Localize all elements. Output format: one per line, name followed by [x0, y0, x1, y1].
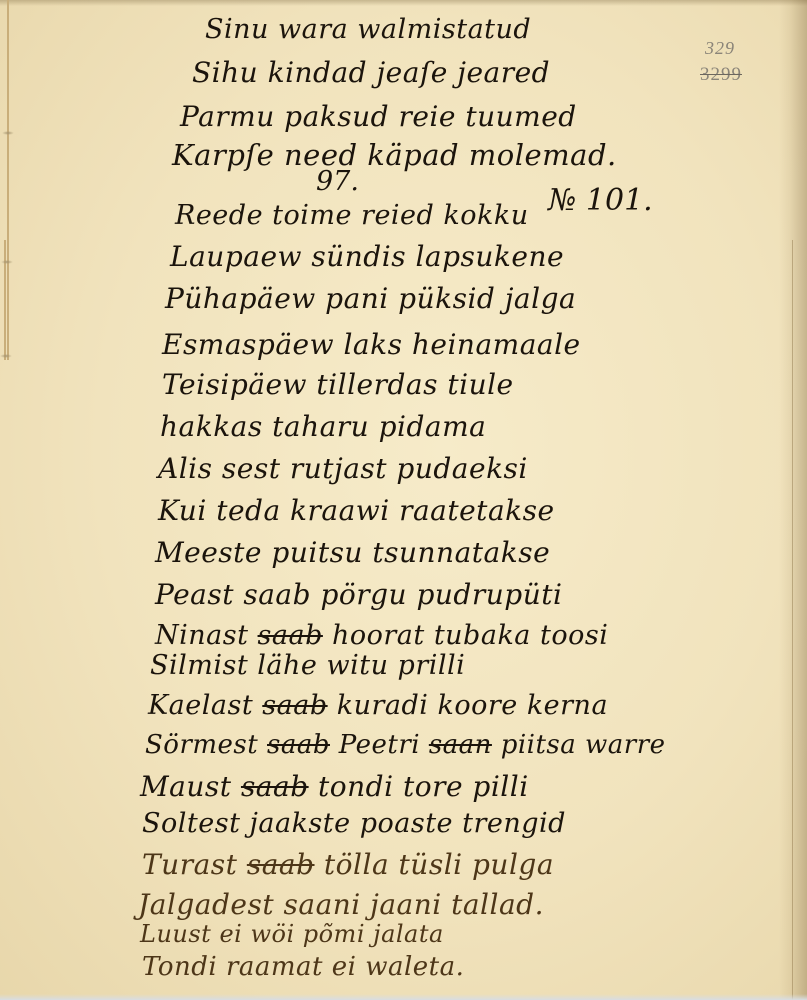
manuscript-page: 329 3299 Sinu wara walmistatud Sihu kind… — [0, 0, 807, 1000]
struck-word: saab — [247, 848, 315, 881]
line-text: Kaelast — [148, 690, 253, 721]
manuscript-line: Laupaew sündis lapsukene — [170, 240, 564, 273]
page-bottom-edge — [0, 994, 807, 1000]
manuscript-line: Soltest jaakste poaste trengid — [142, 808, 566, 839]
manuscript-line: Meeste puitsu tsunnatakse — [155, 536, 550, 569]
manuscript-line: Luust ei wöi põmi jalata — [140, 920, 444, 948]
manuscript-line: Kui teda kraawi raatetakse — [158, 494, 555, 527]
line-text: Peetri — [339, 730, 420, 760]
manuscript-line: Reede toime reied kokku — [175, 200, 529, 231]
manuscript-line: Teisipäew tillerdas tiule — [162, 368, 514, 401]
page-number: 97. — [316, 166, 359, 197]
manuscript-line: Ninast saab hoorat tubaka toosi — [155, 620, 608, 651]
binding-thread — [7, 0, 9, 360]
manuscript-line: Maust saab tondi tore pilli — [140, 770, 529, 803]
manuscript-line: Silmist lähe witu prilli — [150, 650, 465, 681]
line-text: tondi tore pilli — [318, 770, 529, 803]
manuscript-line: Karpſe need käpad molemad. — [172, 138, 617, 172]
manuscript-line: Sihu kindad jeaſe jeared — [192, 56, 550, 89]
stitch-hole — [0, 354, 12, 358]
manuscript-line: Jalgadest saani jaani tallad. — [138, 888, 544, 921]
line-text: Maust — [140, 770, 232, 803]
manuscript-line: Peast saab pörgu pudrupüti — [155, 578, 562, 611]
binding-thread — [4, 240, 6, 360]
struck-word: saab — [262, 690, 327, 721]
line-text: tölla tüsli pulga — [324, 848, 554, 881]
archive-number: 329 — [705, 38, 735, 59]
archive-number-crossed-out: 3299 — [700, 64, 742, 86]
manuscript-line: hakkas taharu pidama — [160, 410, 486, 443]
manuscript-line: Sinu wara walmistatud — [205, 14, 531, 45]
line-text: piitsa warre — [501, 730, 666, 760]
manuscript-line: Pühapäew pani püksid jalga — [165, 282, 576, 315]
struck-word: saab — [258, 620, 323, 651]
page-fold-line — [792, 240, 793, 1000]
line-text: hoorat tubaka toosi — [332, 620, 608, 651]
line-text: Ninast — [155, 620, 248, 651]
stitch-hole — [2, 131, 14, 135]
manuscript-line: Turast saab tölla tüsli pulga — [142, 848, 554, 881]
manuscript-line: Alis sest rutjast pudaeksi — [158, 452, 528, 485]
binding-margin — [0, 0, 14, 1000]
struck-word: saab — [267, 730, 330, 760]
song-number: № 101. — [548, 183, 653, 218]
struck-word: saan — [429, 730, 492, 760]
manuscript-line: Sörmest saab Peetri saan piitsa warre — [145, 730, 666, 760]
manuscript-line: Kaelast saab kuradi koore kerna — [148, 690, 608, 721]
line-text: Turast — [142, 848, 237, 881]
line-text: Sörmest — [145, 730, 258, 760]
struck-word: saab — [241, 770, 309, 803]
manuscript-line: Tondi raamat ei waleta. — [142, 952, 464, 982]
page-top-shadow — [0, 0, 807, 6]
page-right-edge — [779, 0, 807, 1000]
manuscript-line: Parmu paksud reie tuumed — [180, 100, 577, 133]
stitch-hole — [1, 260, 13, 264]
manuscript-line: Esmaspäew laks heinamaale — [162, 328, 581, 361]
line-text: kuradi koore kerna — [337, 690, 608, 721]
